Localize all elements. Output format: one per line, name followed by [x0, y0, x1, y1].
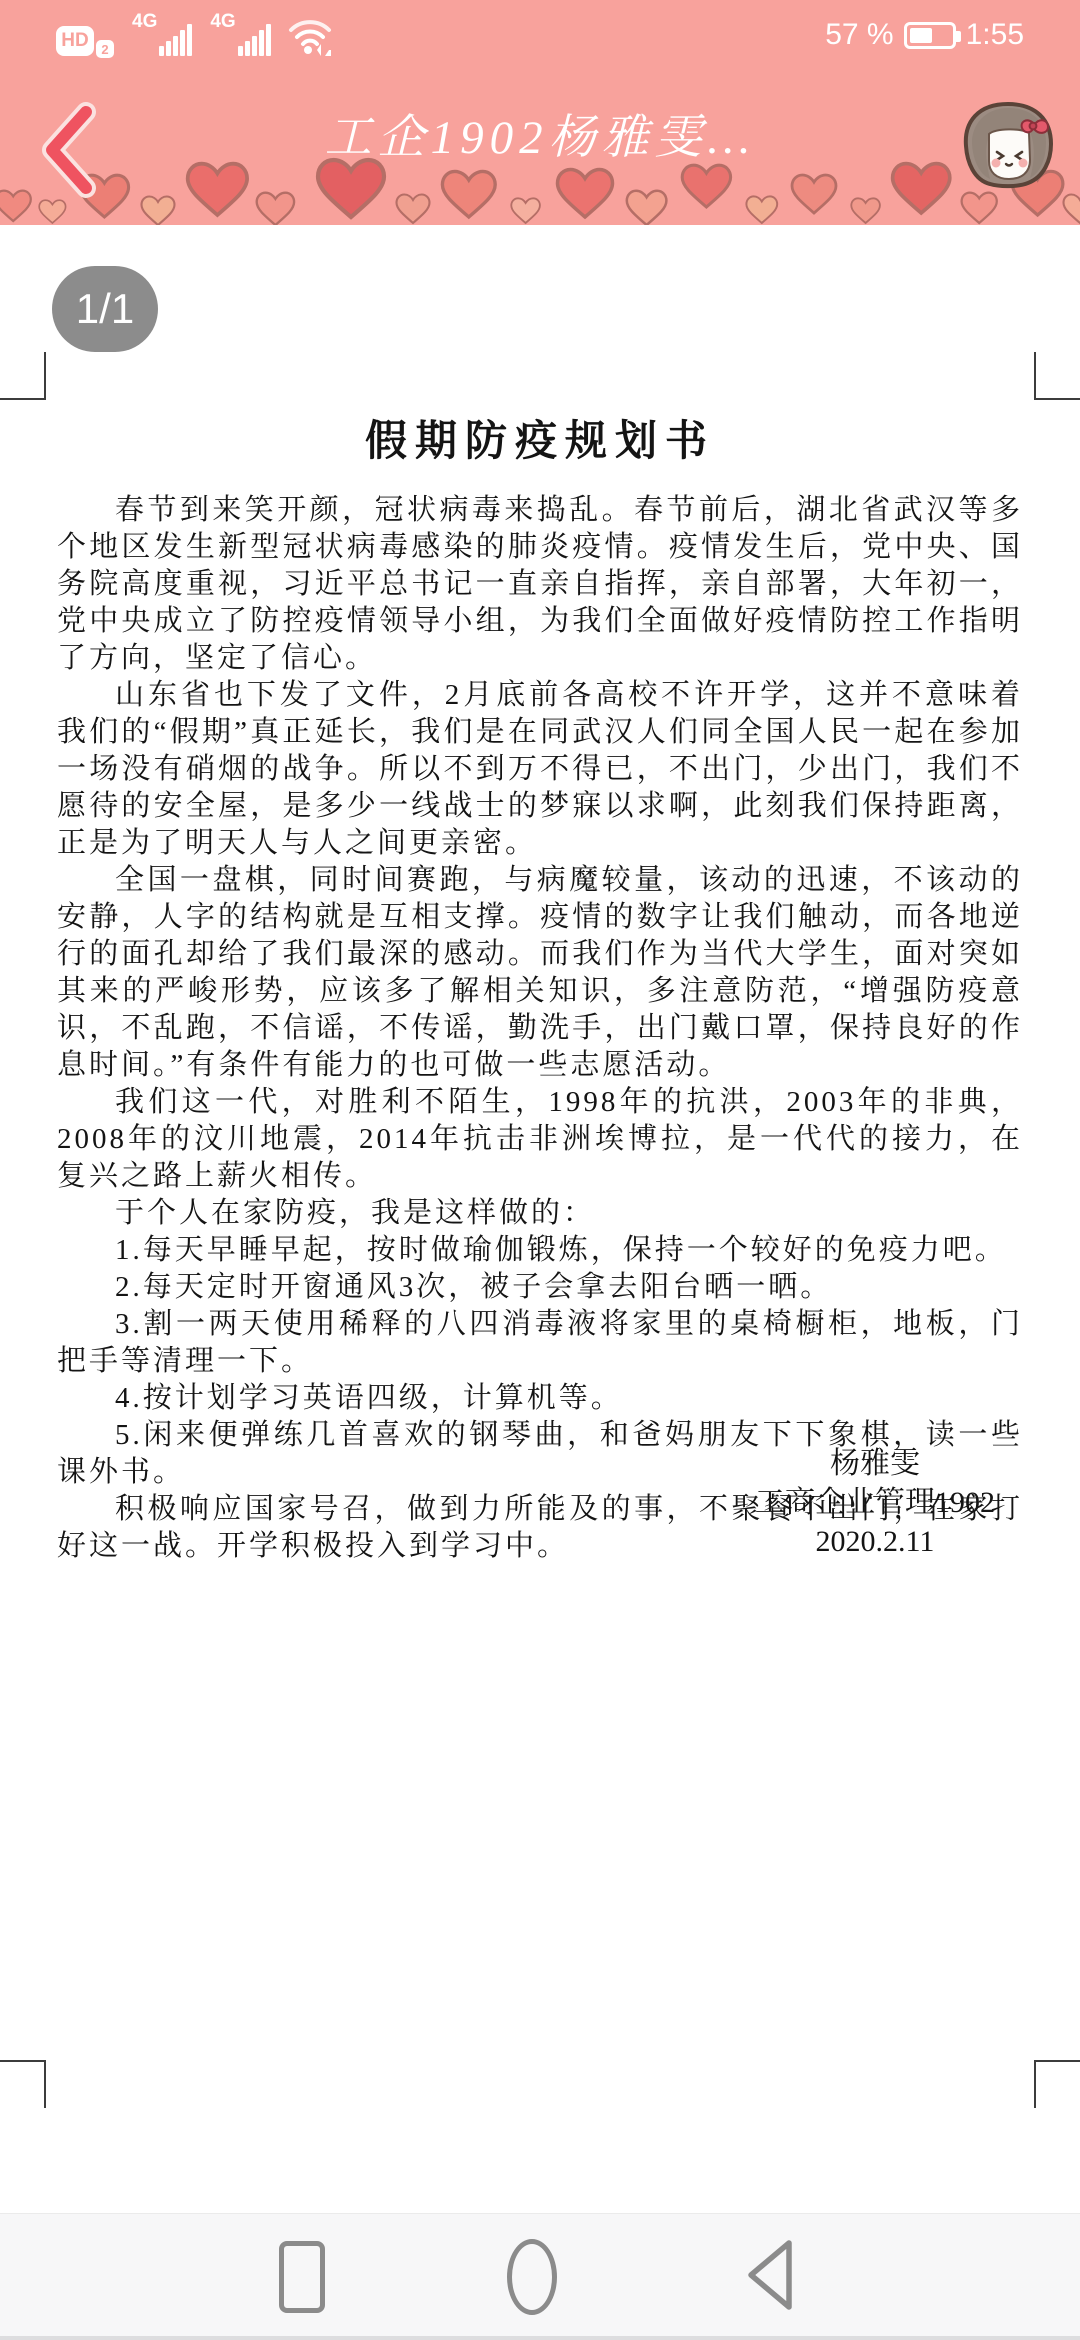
hd-icon-label: HD [56, 26, 94, 56]
wifi-icon [287, 16, 333, 56]
square-icon [279, 2241, 325, 2313]
nav-back-button[interactable] [739, 2235, 801, 2320]
back-button[interactable] [34, 100, 104, 200]
document-paragraph: 2.每天定时开窗通风3次，被子会拿去阳台晒一晒。 [57, 1269, 1023, 1306]
girl-avatar-icon [956, 100, 1060, 194]
hd-icon-sim-number: 2 [96, 40, 114, 58]
document-paragraph: 山东省也下发了文件，2月底前各高校不许开学，这并不意味着我们的“假期”真正延长，… [57, 677, 1023, 862]
signature-block: 杨雅雯 工商企业管理1902 2020.2.11 [690, 1444, 1060, 1561]
network-type-label: 4G [210, 14, 235, 30]
document-paragraph: 春节到来笑开颜，冠状病毒来捣乱。春节前后，湖北省武汉等多个地区发生新型冠状病毒感… [57, 492, 1023, 677]
signal-sim2-icon: 4G [210, 14, 270, 56]
circle-icon [507, 2239, 557, 2315]
chat-title: 工企1902杨雅雯… [0, 100, 1080, 167]
home-button[interactable] [507, 2239, 557, 2315]
signal-bars-icon [238, 22, 271, 56]
recents-button[interactable] [279, 2241, 325, 2313]
avatar[interactable] [956, 100, 1060, 194]
status-bar: HD 2 4G 4G [0, 0, 1080, 70]
document-paragraph: 4.按计划学习英语四级，计算机等。 [57, 1380, 1023, 1417]
signature-class: 工商企业管理1902 [690, 1483, 1060, 1522]
document-paragraph: 我们这一代，对胜利不陌生，1998年的抗洪，2003年的非典，2008年的汶川地… [57, 1084, 1023, 1195]
document-title: 假期防疫规划书 [57, 408, 1023, 468]
signature-name: 杨雅雯 [690, 1444, 1060, 1483]
battery-icon [904, 22, 956, 49]
signal-bars-icon [159, 22, 192, 56]
battery-percent-text: 57 % [825, 18, 893, 52]
document-paragraph: 1.每天早睡早起，按时做瑜伽锻炼，保持一个较好的免疫力吧。 [57, 1232, 1023, 1269]
document-page: 假期防疫规划书 春节到来笑开颜，冠状病毒来捣乱。春节前后，湖北省武汉等多个地区发… [57, 408, 1023, 1565]
document-paragraph: 全国一盘棋，同时间赛跑，与病魔较量，该动的迅速，不该动的安静，人字的结构就是互相… [57, 862, 1023, 1084]
page-indicator-badge: 1/1 [52, 266, 158, 352]
page-corner-mark-bottom-right [1034, 2060, 1080, 2108]
signal-sim1-icon: 4G [132, 14, 192, 56]
document-paragraph: 3.割一两天使用稀释的八四消毒液将家里的桌椅橱柜，地板，门把手等清理一下。 [57, 1306, 1023, 1380]
page-corner-mark-bottom-left [0, 2060, 46, 2108]
screen: HD 2 4G 4G [0, 0, 1080, 2340]
chevron-left-icon [34, 100, 104, 200]
page-corner-mark-top-left [0, 352, 46, 400]
android-navigation-bar [0, 2213, 1080, 2340]
document-paragraph: 于个人在家防疫，我是这样做的： [57, 1195, 1023, 1232]
screen-bottom-edge [0, 2336, 1080, 2340]
page-corner-mark-top-right [1034, 352, 1080, 400]
signature-date: 2020.2.11 [690, 1522, 1060, 1561]
app-header: HD 2 4G 4G [0, 0, 1080, 225]
page-indicator-text: 1/1 [76, 285, 134, 333]
clock-text: 1:55 [966, 18, 1024, 52]
network-type-label: 4G [132, 14, 157, 30]
document-body: 春节到来笑开颜，冠状病毒来捣乱。春节前后，湖北省武汉等多个地区发生新型冠状病毒感… [57, 492, 1023, 1565]
triangle-back-icon [739, 2235, 801, 2315]
volte-hd-icon: HD 2 [56, 26, 114, 56]
